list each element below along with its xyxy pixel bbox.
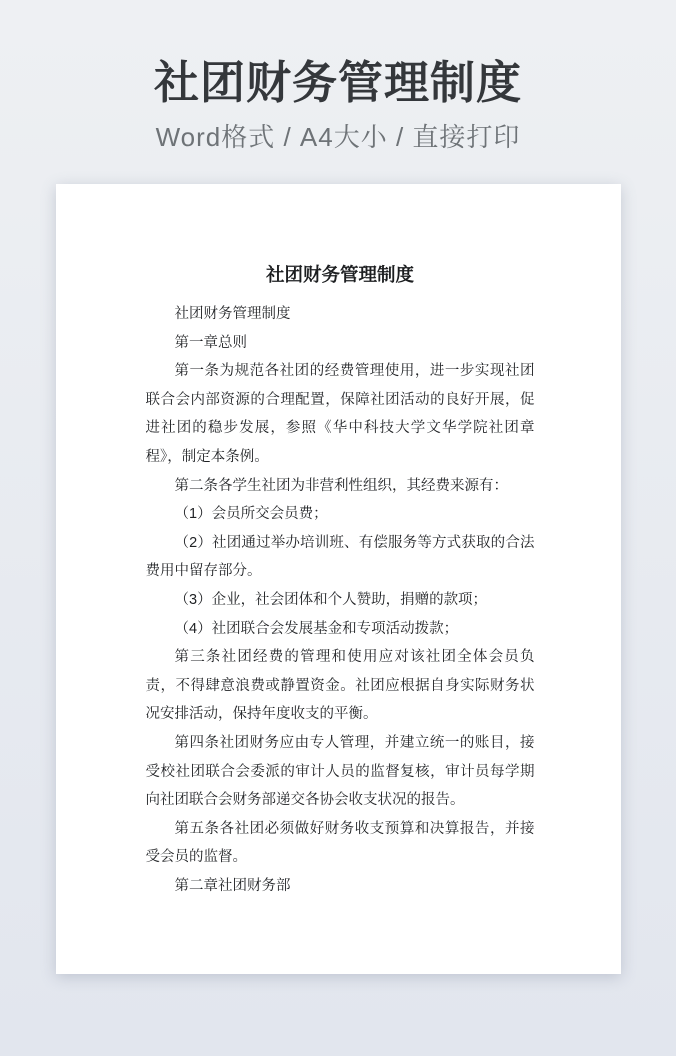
- doc-paragraph: 社团财务管理制度: [146, 300, 535, 329]
- document-page: 社团财务管理制度 社团财务管理制度 第一章总则 第一条为规范各社团的经费管理使用…: [56, 184, 621, 974]
- doc-paragraph: （4）社团联合会发展基金和专项活动拨款；: [146, 615, 535, 644]
- doc-paragraph: （3）企业，社会团体和个人赞助，捐赠的款项；: [146, 586, 535, 615]
- doc-paragraph: 第一章总则: [146, 329, 535, 358]
- doc-paragraph: 第二章社团财务部: [146, 872, 535, 901]
- doc-paragraph: 第一条为规范各社团的经费管理使用，进一步实现社团联合会内部资源的合理配置，保障社…: [146, 357, 535, 471]
- hero-subtitle: Word格式 / A4大小 / 直接打印: [0, 122, 676, 153]
- document-title: 社团财务管理制度: [146, 261, 535, 289]
- doc-paragraph: 第二条各学生社团为非营利性组织，其经费来源有：: [146, 472, 535, 501]
- hero-header: 社团财务管理制度 Word格式 / A4大小 / 直接打印: [0, 0, 676, 153]
- doc-paragraph: 第五条各社团必须做好财务收支预算和决算报告，并接受会员的监督。: [146, 815, 535, 872]
- doc-paragraph: （2）社团通过举办培训班、有偿服务等方式获取的合法费用中留存部分。: [146, 529, 535, 586]
- doc-paragraph: 第四条社团财务应由专人管理，并建立统一的账目，接受校社团联合会委派的审计人员的监…: [146, 729, 535, 815]
- hero-title: 社团财务管理制度: [0, 0, 676, 111]
- doc-paragraph: 第三条社团经费的管理和使用应对该社团全体会员负责，不得肆意浪费或静置资金。社团应…: [146, 643, 535, 729]
- document-body: 社团财务管理制度 第一章总则 第一条为规范各社团的经费管理使用，进一步实现社团联…: [146, 300, 535, 900]
- doc-paragraph: （1）会员所交会员费；: [146, 500, 535, 529]
